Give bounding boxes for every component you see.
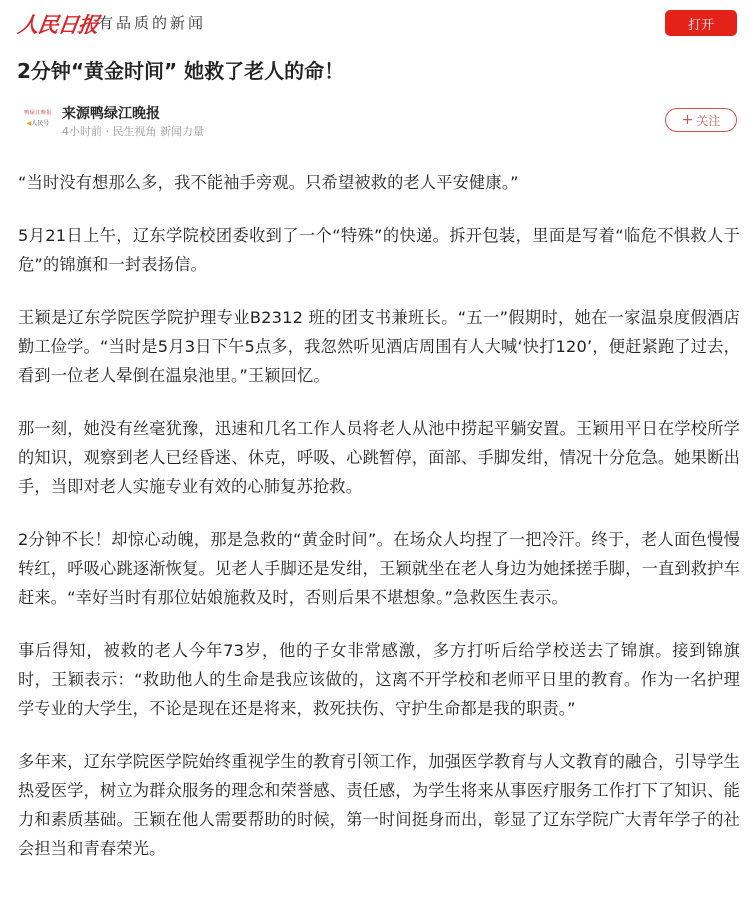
plus-icon: + — [682, 113, 694, 127]
article-paragraph: 多年来，辽东学院医学院始终重视学生的教育引领工作，加强医学教育与人文教育的融合，… — [18, 747, 740, 863]
slogan: 有品质的新闻 — [98, 12, 206, 33]
open-app-button[interactable]: 打开 — [665, 10, 737, 36]
article-paragraph: 事后得知，被救的老人今年73岁，他的子女非常感激，多方打听后给学校送去了锦旗。接… — [18, 636, 740, 723]
article-paragraph: “当时没有想那么多，我不能袖手旁观。只希望被救的老人平安健康。” — [18, 168, 740, 197]
article-paragraph: 那一刻，她没有丝毫犹豫，迅速和几名工作人员将老人从池中捞起平躺安置。王颖用平日在… — [18, 414, 740, 501]
avatar-text-line1: 鸭绿江晚报 — [24, 109, 52, 116]
article-paragraph: 5月21日上午，辽东学院校团委收到了一个“特殊”的快递。拆开包装，里面是写着“临… — [18, 221, 740, 279]
article-title: 2分钟“黄金时间” 她救了老人的命！ — [17, 55, 344, 84]
article-body: “当时没有想那么多，我不能袖手旁观。只希望被救的老人平安健康。” 5月21日上午… — [18, 168, 740, 887]
author-bar: 鸭绿江晚报 ◀人民号 来源鸭绿江晚报 4小时前 · 民生视角 新闻力量 + 关注 — [18, 100, 738, 144]
article-paragraph: 2分钟不长！却惊心动魄，那是急救的“黄金时间”。在场众人均捏了一把冷汗。终于，老… — [18, 525, 740, 612]
top-bar: 人民日报 有品质的新闻 打开 — [0, 0, 752, 46]
author-meta: 4小时前 · 民生视角 新闻力量 — [62, 123, 204, 139]
author-name[interactable]: 来源鸭绿江晚报 — [62, 103, 160, 123]
follow-button[interactable]: + 关注 — [665, 108, 737, 132]
follow-label: 关注 — [696, 112, 720, 129]
article-paragraph: 王颖是辽东学院医学院护理专业B2312 班的团支书兼班长。“五一”假期时，她在一… — [18, 303, 740, 390]
author-avatar[interactable]: 鸭绿江晚报 ◀人民号 — [18, 100, 58, 136]
avatar-text-line2: ◀人民号 — [27, 118, 50, 127]
peoples-daily-logo[interactable]: 人民日报 — [16, 9, 100, 39]
